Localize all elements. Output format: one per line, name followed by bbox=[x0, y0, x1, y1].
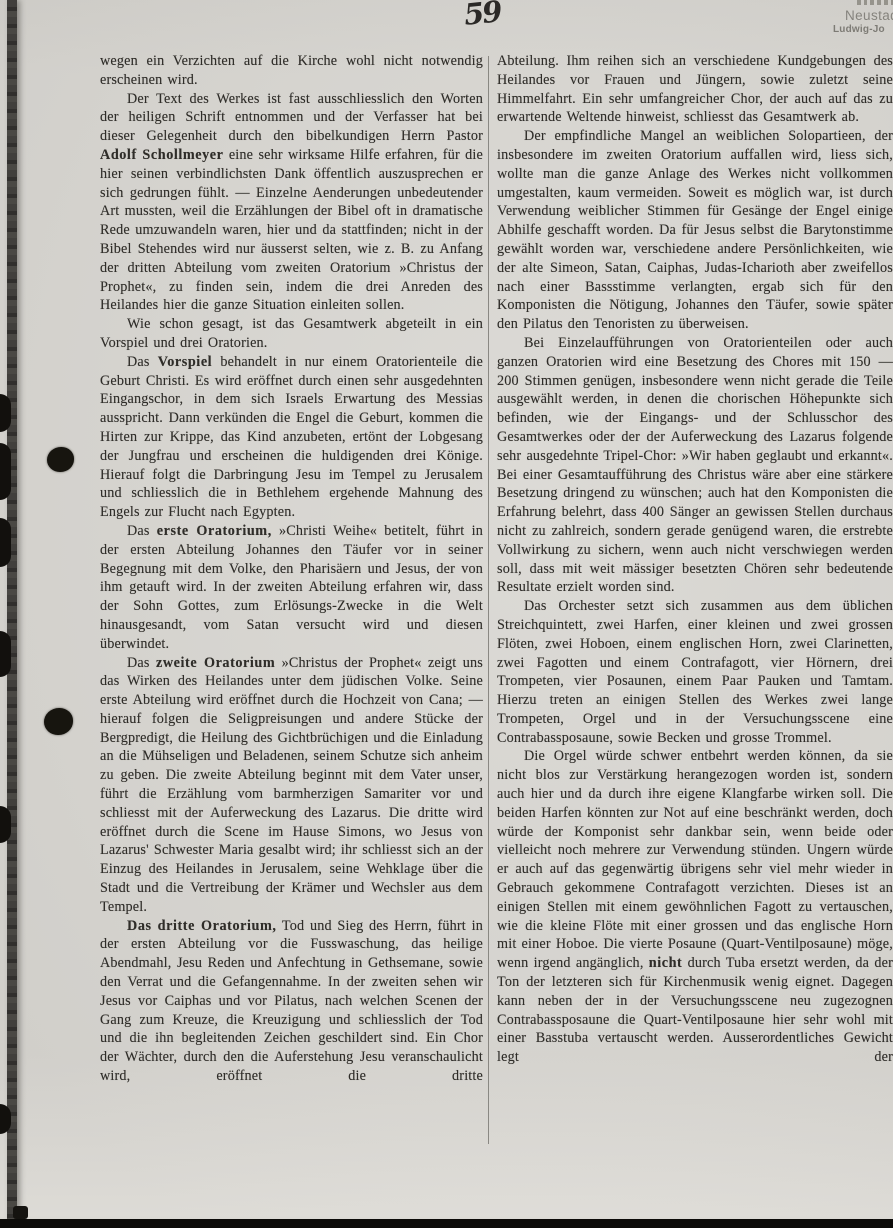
binding-blob bbox=[0, 394, 11, 432]
paragraph: Die Orgel würde schwer entbehrt werden k… bbox=[497, 747, 893, 1067]
column-left: wegen ein Verzichten auf die Kirche wohl… bbox=[100, 52, 483, 1137]
binding-blob bbox=[0, 443, 11, 500]
paragraph: Abteilung. Ihm reihen sich an verschiede… bbox=[497, 52, 893, 127]
paragraph: Das Orchester setzt sich zusammen aus de… bbox=[497, 597, 893, 747]
hole-punch bbox=[44, 708, 73, 735]
stamp-line-ludwig: Ludwig-Jo bbox=[833, 24, 893, 35]
paragraph: Das erste Oratorium, »Christi Weihe« bet… bbox=[100, 522, 483, 654]
paragraph: wegen ein Verzichten auf die Kirche wohl… bbox=[100, 52, 483, 90]
stamp-cut-text bbox=[857, 0, 893, 5]
page-number: 59 bbox=[462, 0, 502, 32]
binding-blob bbox=[0, 806, 11, 843]
paragraph: Bei Einzelaufführungen von Oratorienteil… bbox=[497, 334, 893, 597]
scanned-page: 59 Neustad Ludwig-Jo wegen ein Verzichte… bbox=[0, 0, 893, 1228]
binding-strip bbox=[7, 0, 17, 1228]
paragraph: Das Vorspiel behandelt in nur einem Orat… bbox=[100, 353, 483, 522]
scan-bottom-bar bbox=[0, 1219, 893, 1228]
paragraph: Der Text des Werkes ist fast ausschliess… bbox=[100, 90, 483, 316]
binding-blob bbox=[0, 631, 11, 677]
column-divider bbox=[488, 56, 489, 1144]
scan-edge-nub bbox=[13, 1206, 28, 1219]
column-right: Abteilung. Ihm reihen sich an verschiede… bbox=[497, 52, 893, 1137]
binding-blob bbox=[0, 518, 11, 567]
paragraph: Das zweite Oratorium »Christus der Proph… bbox=[100, 654, 483, 917]
paragraph: Das dritte Oratorium, Tod und Sieg des H… bbox=[100, 917, 483, 1086]
stamp-line-neustadt: Neustad bbox=[845, 8, 893, 23]
hole-punch bbox=[47, 447, 74, 472]
paragraph: Wie schon gesagt, ist das Gesamtwerk abg… bbox=[100, 315, 483, 353]
paragraph: Der empfindliche Mangel an weiblichen So… bbox=[497, 127, 893, 334]
